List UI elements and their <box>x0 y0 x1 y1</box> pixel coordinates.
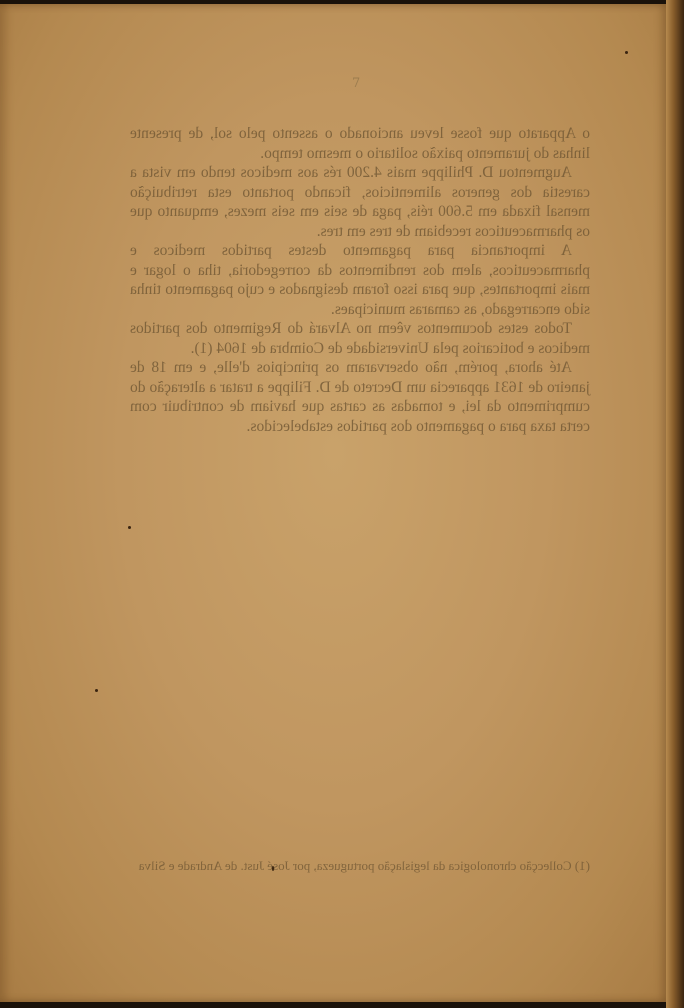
paper-speck <box>95 689 98 692</box>
paragraph: A importancia para pagamento destes part… <box>130 241 590 319</box>
page-number: 7 <box>352 76 360 91</box>
body-text: o Apparato que fosse leveu ancionado o a… <box>130 124 590 436</box>
paragraph: Até ahora, porém, não observaram os prin… <box>130 358 590 436</box>
book-spine-edge <box>666 0 684 1008</box>
paragraph: o Apparato que fosse leveu ancionado o a… <box>130 124 590 163</box>
paper-speck <box>625 51 628 54</box>
footnote: (1) Collecção chronologica da legislação… <box>130 857 590 874</box>
scanned-book-page: 7 o Apparato que fosse leveu ancionado o… <box>0 4 668 1002</box>
paper-speck <box>272 866 274 871</box>
paper-speck <box>128 526 131 529</box>
paragraph: Augmentou D. Philippe mais 4.200 rés aos… <box>130 163 590 241</box>
paragraph: Todos estes documentos vêem no Alvará do… <box>130 319 590 358</box>
